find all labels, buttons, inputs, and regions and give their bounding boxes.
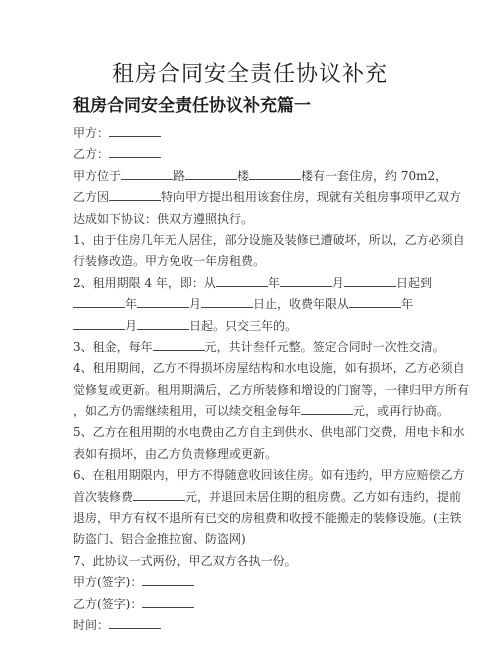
line-text: 觉修复或更新。租用期满后，乙方所装修和增设的门窗等，一律归甲方所有: [73, 383, 469, 397]
fill-in-blank: [121, 167, 173, 180]
document-line: 乙方(签字)：: [73, 594, 433, 615]
line-text: 3、租金，每年: [73, 340, 153, 354]
fill-in-blank: [142, 573, 194, 586]
line-text: 防盗门、铝合金推拉窗、防盗网): [73, 532, 246, 546]
document-line: 达成如下协议：供双方遵照执行。: [73, 209, 433, 230]
document-line: 1、由于住房几年无人居住，部分设施及装修已遭破坏，所以，乙方必须自: [73, 230, 433, 251]
line-text: 甲方：: [73, 126, 109, 140]
line-text: 表如有损坏，由乙方负责修理或更新。: [73, 447, 277, 461]
fill-in-blank: [109, 616, 161, 629]
line-text: 月: [332, 276, 344, 290]
fill-in-blank: [153, 338, 205, 351]
document-line: 7、此协议一式两份，甲乙双方各执一份。: [73, 551, 433, 572]
fill-in-blank: [249, 167, 301, 180]
fill-in-blank: [73, 317, 125, 330]
fill-in-blank: [280, 274, 332, 287]
fill-in-blank: [109, 188, 161, 201]
fill-in-blank: [201, 295, 253, 308]
line-text: 乙方因: [73, 190, 109, 204]
fill-in-blank: [137, 317, 189, 330]
document-line: 2、租用期限 4 年，即：从年月日起到: [73, 273, 433, 294]
line-text: 乙方：: [73, 147, 109, 161]
line-text: 楼有一套住房，约 70m2，: [301, 169, 447, 183]
line-text: 2、租用期限 4 年，即：从: [73, 276, 216, 290]
line-text: 年: [268, 276, 280, 290]
document-line: 3、租金，每年元，共计叁仟元整。签定合同时一次性交清。: [73, 337, 433, 358]
line-text: 特向甲方提出租用该套住房，现就有关租房事项甲乙双方: [161, 190, 461, 204]
line-text: 年: [125, 297, 137, 311]
line-text: 年: [401, 297, 413, 311]
document-line: 甲方(签字)：: [73, 572, 433, 593]
line-text: 元，并退回未居住期的租房费。乙方如有违约，提前: [185, 490, 461, 504]
fill-in-blank: [344, 274, 396, 287]
line-text: 楼: [237, 169, 249, 183]
document-title: 租房合同安全责任协议补充: [0, 60, 500, 90]
fill-in-blank: [349, 295, 401, 308]
line-text: 1、由于住房几年无人居住，部分设施及装修已遭破坏，所以，乙方必须自: [73, 233, 465, 247]
line-text: 日起。只交三年的。: [189, 319, 297, 333]
document-line: 退房，甲方有权不退所有已交的房租费和收授不能搬走的装修设施。(主铁: [73, 508, 433, 529]
line-text: 5、乙方在租用期的水电费由乙方自主到供水、供电部门交费，用电卡和水: [73, 425, 465, 439]
fill-in-blank: [301, 402, 353, 415]
document-line: 表如有损坏，由乙方负责修理或更新。: [73, 444, 433, 465]
line-text: 日止，收费年限从: [253, 297, 349, 311]
line-text: 6、在租用期限内，甲方不得随意收回该住房。如有违约，甲方应赔偿乙方: [73, 468, 465, 482]
fill-in-blank: [73, 295, 125, 308]
document-line: ，如乙方仍需继续租用，可以续交租金每年元，或再行协商。: [73, 401, 433, 422]
document-line: 甲方：: [73, 123, 433, 144]
document-line: 行装修改造。甲方免收一年房租费。: [73, 251, 433, 272]
document-line: 防盗门、铝合金推拉窗、防盗网): [73, 529, 433, 550]
document-page: 租房合同安全责任协议补充 租房合同安全责任协议补充篇一 甲方：乙方：甲方位于路楼…: [0, 0, 500, 647]
line-text: 日起到: [396, 276, 432, 290]
line-text: 月: [189, 297, 201, 311]
line-text: 首次装修费: [73, 490, 133, 504]
document-body: 甲方：乙方：甲方位于路楼楼有一套住房，约 70m2，乙方因特向甲方提出租用该套住…: [73, 123, 433, 636]
document-line: 甲方位于路楼楼有一套住房，约 70m2，: [73, 166, 433, 187]
line-text: 时间：: [73, 618, 109, 632]
line-text: 4、租用期间，乙方不得损坏房屋结构和水电设施，如有损坏，乙方必须自: [73, 361, 465, 375]
document-line: 年月日止，收费年限从年: [73, 294, 433, 315]
line-text: 路: [173, 169, 185, 183]
fill-in-blank: [185, 167, 237, 180]
document-line: 月日起。只交三年的。: [73, 316, 433, 337]
document-line: 乙方因特向甲方提出租用该套住房，现就有关租房事项甲乙双方: [73, 187, 433, 208]
line-text: 行装修改造。甲方免收一年房租费。: [73, 254, 265, 268]
fill-in-blank: [109, 145, 161, 158]
line-text: 甲方(签字)：: [73, 575, 142, 589]
document-line: 觉修复或更新。租用期满后，乙方所装修和增设的门窗等，一律归甲方所有: [73, 380, 433, 401]
line-text: 元，共计叁仟元整。签定合同时一次性交清。: [205, 340, 445, 354]
document-line: 5、乙方在租用期的水电费由乙方自主到供水、供电部门交费，用电卡和水: [73, 422, 433, 443]
line-text: 元，或再行协商。: [353, 404, 449, 418]
fill-in-blank: [133, 488, 185, 501]
line-text: 达成如下协议：供双方遵照执行。: [73, 212, 253, 226]
fill-in-blank: [142, 595, 194, 608]
line-text: 乙方(签字)：: [73, 597, 142, 611]
section-heading: 租房合同安全责任协议补充篇一: [73, 94, 311, 118]
document-line: 4、租用期间，乙方不得损坏房屋结构和水电设施，如有损坏，乙方必须自: [73, 358, 433, 379]
document-line: 乙方：: [73, 144, 433, 165]
line-text: 7、此协议一式两份，甲乙双方各执一份。: [73, 554, 297, 568]
line-text: 甲方位于: [73, 169, 121, 183]
document-line: 6、在租用期限内，甲方不得随意收回该住房。如有违约，甲方应赔偿乙方: [73, 465, 433, 486]
line-text: ，如乙方仍需继续租用，可以续交租金每年: [73, 404, 301, 418]
fill-in-blank: [216, 274, 268, 287]
line-text: 退房，甲方有权不退所有已交的房租费和收授不能搬走的装修设施。(主铁: [73, 511, 462, 525]
document-line: 时间：: [73, 615, 433, 636]
line-text: 月: [125, 319, 137, 333]
fill-in-blank: [137, 295, 189, 308]
document-line: 首次装修费元，并退回未居住期的租房费。乙方如有违约，提前: [73, 487, 433, 508]
fill-in-blank: [109, 124, 161, 137]
